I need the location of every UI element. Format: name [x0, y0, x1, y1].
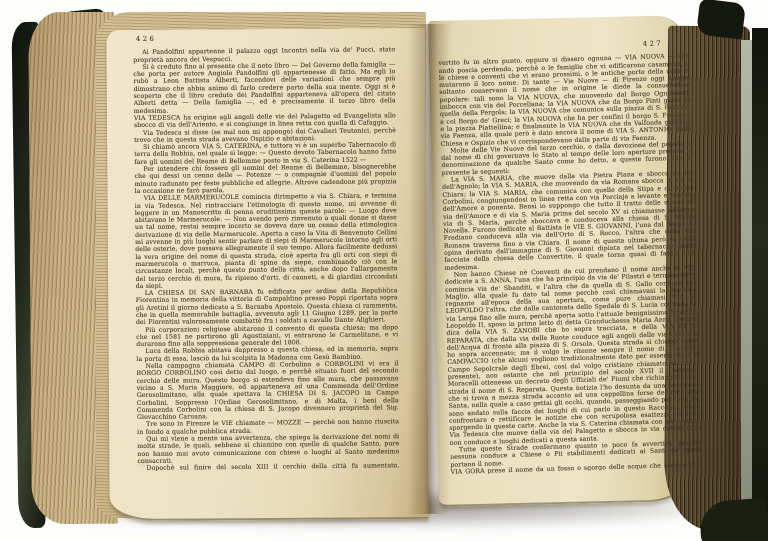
right-page-text: 427 vertito fu in altro punto, oppure si…	[438, 40, 702, 475]
open-book-photo: 426 Ai Pandolfini appartenne il palazzo …	[0, 0, 768, 541]
paragraph: VIA DELLE MARMERUCOLE comincia dirimpett…	[135, 192, 398, 290]
paragraph: Si è creduto fino al presente che il not…	[133, 61, 396, 115]
paragraph: Più corporazioni religiose abitarono il …	[136, 324, 398, 349]
paragraph: La VIA S. MARIA, che muove dalla via Pie…	[442, 170, 696, 272]
paragraph: Qui mi viene a mente una avvertenza, che…	[137, 433, 399, 465]
footnote: (5)VIA TEDESCA ha origine agli angoli de…	[134, 112, 396, 129]
left-page-text: 426 Ai Pandolfini appartenne il palazzo …	[133, 33, 400, 472]
book-cover-top-corner-right	[696, 0, 746, 40]
paragraph: LA CHIESA DI SAN BARNABA fu edificata pe…	[136, 287, 398, 326]
left-page-number: 426	[133, 33, 395, 43]
paragraph: Nella campagna chiamata CAMPO di Corboli…	[136, 360, 399, 421]
footnote-text: VIA TEDESCA ha origine agli angoli delle…	[134, 112, 396, 129]
paragraph: Non hanno Chiese nè Conventi da cui pren…	[445, 264, 701, 446]
paragraph: Si chiamò ancora VIA S. CATERINA, e tutt…	[134, 141, 396, 166]
book-cover-right-edge	[752, 28, 768, 541]
paragraph: Per intendere chi fossero gli uomini del…	[134, 163, 396, 195]
paragraph: vertito fu in altro punto, oppure si dis…	[438, 53, 691, 148]
